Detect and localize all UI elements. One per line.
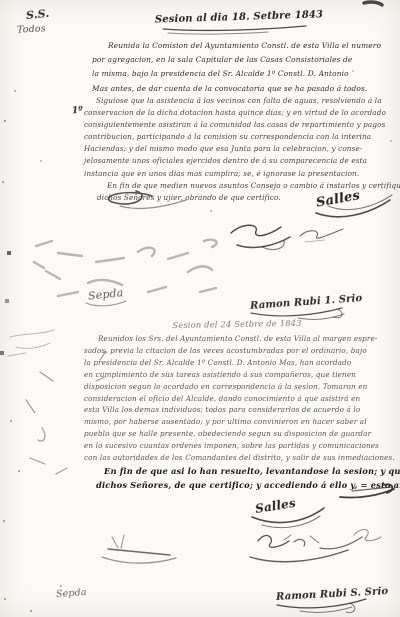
- signature-salles-session2: Salles: [254, 496, 297, 516]
- manuscript-line: En fin de que asi lo han resuelto, levan…: [104, 464, 396, 478]
- manuscript-line: Haciendas; y del mismo modo que esa Junt…: [84, 143, 392, 155]
- margin-item-number: 1º: [72, 106, 84, 117]
- margin-initials: S.S.: [25, 7, 50, 22]
- signature-ramon-rubi-1: Ramon Rubi 1. Srio: [250, 293, 363, 312]
- session1-paragraph2: Siguiose que la asistencia á los vecinos…: [84, 95, 392, 180]
- session2-heading: Sesion del 24 Setbre de 1843: [152, 318, 322, 331]
- margin-note-todos: Todos: [17, 23, 46, 35]
- ink-smudges-between-sections: [34, 240, 217, 296]
- manuscript-line: pueblo que se halle presente, obedeciend…: [84, 428, 394, 440]
- margin-sepda-mark-bottom: Sepda: [56, 587, 87, 600]
- manuscript-line: contribucion, participando á la comision…: [84, 131, 392, 143]
- manuscript-line: jelosamente unos oficiales ejercidos den…: [84, 155, 392, 167]
- manuscript-line: Reunida la Comision del Ayuntamiento Con…: [108, 39, 394, 53]
- manuscript-line: Reunidos los Srs. del Ayuntamiento Const…: [98, 333, 394, 345]
- manuscript-line: consiguientemente asistiran á la comunid…: [84, 119, 392, 131]
- manuscript-line: disposicion segun lo acordado en corresp…: [84, 381, 394, 393]
- manuscript-page: S.S. Todos Sesion al dia 18. Setbre 1843…: [0, 0, 400, 617]
- manuscript-line: mismo, por haberse ausentado; y por ulti…: [84, 416, 394, 428]
- manuscript-line: Mas antes, de dar cuenta de la convocato…: [92, 82, 394, 96]
- session2-closing: En fin de que asi lo han resuelto, levan…: [96, 464, 396, 492]
- session1-heading: Sesion al dia 18. Setbre 1843: [150, 9, 328, 26]
- manuscript-line: la misma, bajo la presidencia del Sr. Al…: [92, 67, 394, 81]
- manuscript-line: con las autoridades de los Comandantes d…: [84, 452, 394, 464]
- signature-scribble-right: [300, 229, 343, 242]
- manuscript-line: por agregacion, en la sala Capitular de …: [92, 53, 394, 67]
- manuscript-line: en lo sucesivo cuantas ordenes imponen, …: [84, 440, 394, 452]
- signature-scribble-bottom: [250, 529, 381, 561]
- scan-speckle-noise: [0, 0, 2, 2]
- manuscript-line: esta Villa los demas individuos; todos p…: [84, 404, 394, 416]
- manuscript-line: en cumplimiento de sus tareas asistiendo…: [84, 369, 394, 381]
- signature-ramon-rubi-2: Ramon Rubi S. Srio: [276, 586, 389, 603]
- manuscript-line: dichos Señores, de que certifico; y acce…: [96, 478, 396, 492]
- manuscript-line: instancia que en unos dias mas cumplira;…: [84, 168, 392, 180]
- manuscript-line: sados, previa la citacion de las veces a…: [84, 345, 394, 357]
- signature-scribble-center: [231, 225, 290, 249]
- left-scribble-bottom: [102, 535, 176, 563]
- manuscript-line: Siguiose que la asistencia á los vecinos…: [96, 95, 392, 107]
- manuscript-line: conservacion de la dicha dotacion hasta …: [84, 107, 392, 119]
- session1-paragraph1: Reunida la Comision del Ayuntamiento Con…: [92, 39, 394, 96]
- manuscript-line: la presidencia del Sr. Alcalde 1º Constl…: [84, 357, 394, 369]
- faint-margin-note-scribble: [8, 330, 54, 356]
- heading-underline-flourish: [163, 26, 306, 34]
- corner-ink-blot: [364, 2, 382, 5]
- margin-sepda-mark-mid: Sepda: [87, 286, 124, 303]
- manuscript-line: consideracion el oficio del Alcalde, dan…: [84, 393, 394, 405]
- session2-paragraph: Reunidos los Srs. del Ayuntamiento Const…: [84, 333, 394, 464]
